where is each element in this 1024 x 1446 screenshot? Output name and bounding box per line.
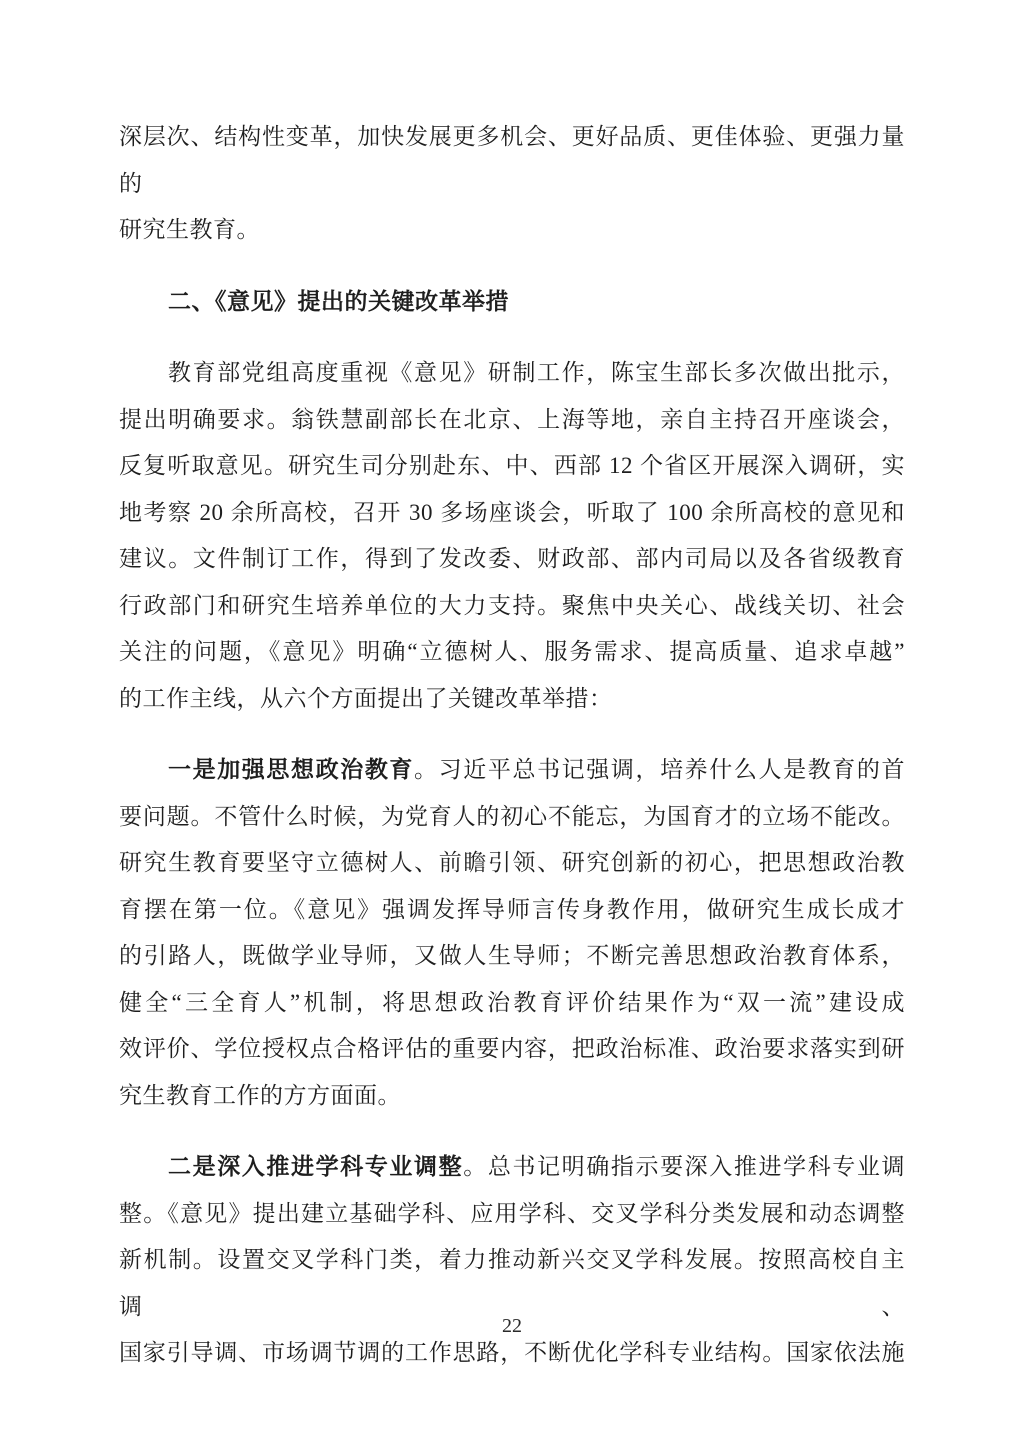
- paragraph: 一是加强思想政治教育。习近平总书记强调，培养什么人是教育的首要问题。不管什么时候…: [119, 747, 905, 1119]
- body-text: 行政部门和研究生培养单位的大力支持。聚焦中央关心、战线关切、社会: [119, 593, 905, 618]
- page-footer: 22: [0, 1312, 1024, 1340]
- text-line: 的引路人，既做学业导师，又做人生导师；不断完善思想政治教育体系，: [119, 933, 905, 980]
- heading: 二、《意见》提出的关键改革举措: [119, 279, 905, 326]
- bold-text: 二是深入推进学科专业调整: [168, 1154, 463, 1179]
- text-line: 健全“三全育人”机制，将思想政治教育评价结果作为“双一流”建设成: [119, 980, 905, 1027]
- body-text: 深层次、结构性变革，加快发展更多机会、更好品质、更佳体验、更强力量的: [119, 124, 905, 196]
- text-line: 整。《意见》提出建立基础学科、应用学科、交叉学科分类发展和动态调整: [119, 1191, 905, 1238]
- body-text: 效评价、学位授权点合格评估的重要内容，把政治标准、政治要求落实到研: [119, 1036, 905, 1061]
- body-text: 。习近平总书记强调，培养什么人是教育的首: [414, 757, 905, 782]
- paragraph: 教育部党组高度重视《意见》研制工作，陈宝生部长多次做出批示，提出明确要求。翁铁慧…: [119, 350, 905, 722]
- body-text: 健全“三全育人”机制，将思想政治教育评价结果作为“双一流”建设成: [119, 990, 905, 1015]
- text-line: 二是深入推进学科专业调整。总书记明确指示要深入推进学科专业调: [119, 1144, 905, 1191]
- text-line: 一是加强思想政治教育。习近平总书记强调，培养什么人是教育的首: [119, 747, 905, 794]
- body-text: 新机制。设置交叉学科门类，着力推动新兴交叉学科发展。按照高校自主调、: [119, 1247, 905, 1319]
- body-text: 的工作主线，从六个方面提出了关键改革举措：: [119, 686, 613, 711]
- page-number: 22: [502, 1315, 522, 1337]
- text-line: 研究生教育。: [119, 207, 905, 254]
- text-line: 行政部门和研究生培养单位的大力支持。聚焦中央关心、战线关切、社会: [119, 583, 905, 630]
- paragraph: 二是深入推进学科专业调整。总书记明确指示要深入推进学科专业调整。《意见》提出建立…: [119, 1144, 905, 1377]
- body-text: 关注的问题，《意见》明确“立德树人、服务需求、提高质量、追求卓越”: [119, 639, 905, 664]
- text-line: 深层次、结构性变革，加快发展更多机会、更好品质、更佳体验、更强力量的: [119, 114, 905, 207]
- text-line: 提出明确要求。翁铁慧副部长在北京、上海等地，亲自主持召开座谈会，: [119, 397, 905, 444]
- text-line: 要问题。不管什么时候，为党育人的初心不能忘，为国育才的立场不能改。: [119, 794, 905, 841]
- text-line: 地考察 20 余所高校，召开 30 多场座谈会，听取了 100 余所高校的意见和: [119, 490, 905, 537]
- body-text: 究生教育工作的方方面面。: [119, 1083, 401, 1108]
- text-line: 反复听取意见。研究生司分别赴东、中、西部 12 个省区开展深入调研，实: [119, 443, 905, 490]
- text-line: 究生教育工作的方方面面。: [119, 1073, 905, 1120]
- body-text: 育摆在第一位。《意见》强调发挥导师言传身教作用，做研究生成长成才: [119, 897, 905, 922]
- text-line: 育摆在第一位。《意见》强调发挥导师言传身教作用，做研究生成长成才: [119, 887, 905, 934]
- body-text: 整。《意见》提出建立基础学科、应用学科、交叉学科分类发展和动态调整: [119, 1201, 905, 1226]
- body-text: 的引路人，既做学业导师，又做人生导师；不断完善思想政治教育体系，: [119, 943, 905, 968]
- text-line: 建议。文件制订工作，得到了发改委、财政部、部内司局以及各省级教育: [119, 536, 905, 583]
- document-page: 深层次、结构性变革，加快发展更多机会、更好品质、更佳体验、更强力量的研究生教育。…: [0, 0, 1024, 1446]
- document-content: 深层次、结构性变革，加快发展更多机会、更好品质、更佳体验、更强力量的研究生教育。…: [119, 114, 905, 1377]
- body-text: 反复听取意见。研究生司分别赴东、中、西部 12 个省区开展深入调研，实: [119, 453, 905, 478]
- text-line: 二、《意见》提出的关键改革举措: [119, 279, 905, 326]
- body-text: 研究生教育。: [119, 217, 260, 242]
- body-text: 要问题。不管什么时候，为党育人的初心不能忘，为国育才的立场不能改。: [119, 804, 905, 829]
- body-text: 国家引导调、市场调节调的工作思路，不断优化学科专业结构。国家依法施: [119, 1340, 905, 1365]
- bold-text: 二、《意见》提出的关键改革举措: [168, 289, 509, 314]
- body-text: 。总书记明确指示要深入推进学科专业调: [463, 1154, 905, 1179]
- paragraph: 深层次、结构性变革，加快发展更多机会、更好品质、更佳体验、更强力量的研究生教育。: [119, 114, 905, 254]
- bold-text: 一是加强思想政治教育: [168, 757, 414, 782]
- body-text: 建议。文件制订工作，得到了发改委、财政部、部内司局以及各省级教育: [119, 546, 905, 571]
- text-line: 效评价、学位授权点合格评估的重要内容，把政治标准、政治要求落实到研: [119, 1026, 905, 1073]
- text-line: 的工作主线，从六个方面提出了关键改革举措：: [119, 676, 905, 723]
- body-text: 教育部党组高度重视《意见》研制工作，陈宝生部长多次做出批示，: [168, 360, 905, 385]
- body-text: 研究生教育要坚守立德树人、前瞻引领、研究创新的初心，把思想政治教: [119, 850, 905, 875]
- text-line: 教育部党组高度重视《意见》研制工作，陈宝生部长多次做出批示，: [119, 350, 905, 397]
- text-line: 研究生教育要坚守立德树人、前瞻引领、研究创新的初心，把思想政治教: [119, 840, 905, 887]
- body-text: 提出明确要求。翁铁慧副部长在北京、上海等地，亲自主持召开座谈会，: [119, 407, 905, 432]
- body-text: 地考察 20 余所高校，召开 30 多场座谈会，听取了 100 余所高校的意见和: [119, 500, 905, 525]
- text-line: 关注的问题，《意见》明确“立德树人、服务需求、提高质量、追求卓越”: [119, 629, 905, 676]
